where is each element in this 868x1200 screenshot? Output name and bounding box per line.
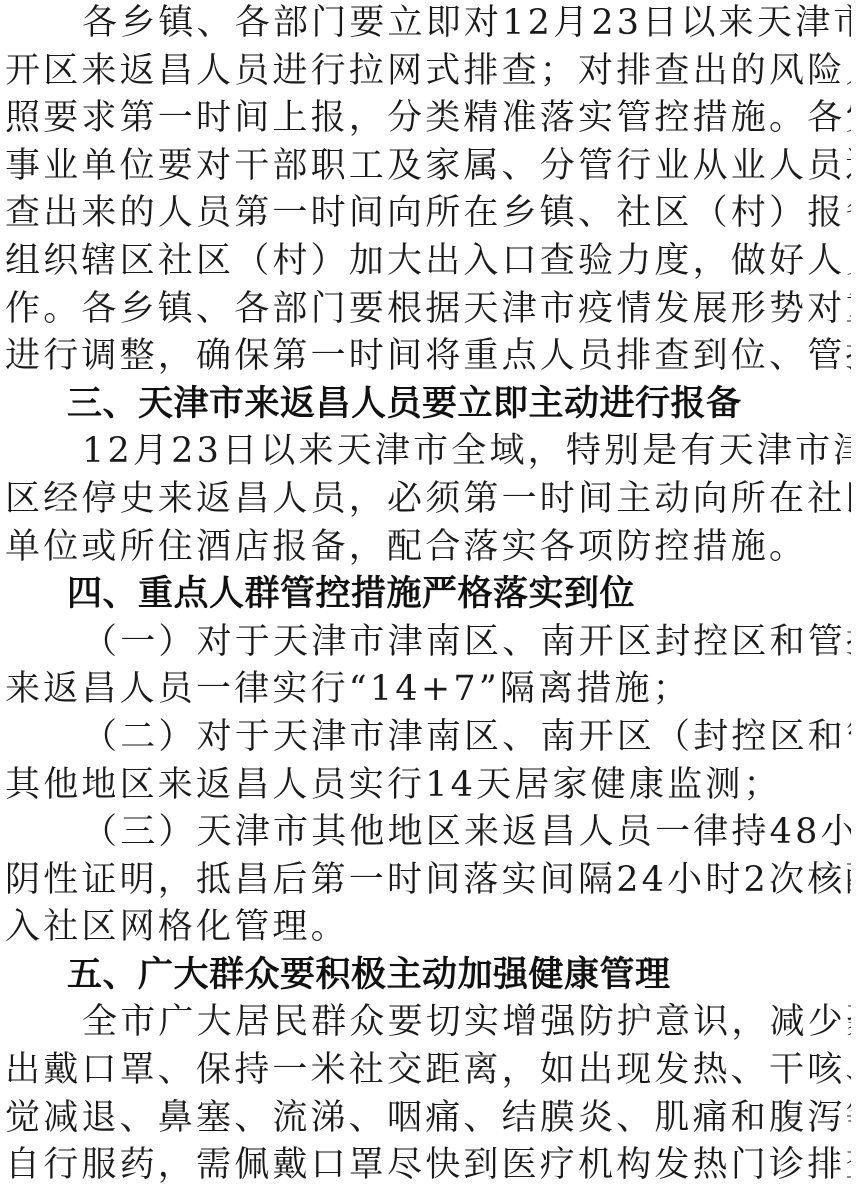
paragraph-line: 出戴口罩、保持一米社交距离，如出现发热、干咳、乏力、嗅(味): [5, 1047, 851, 1095]
paragraph-line: 查出来的人员第一时间向所在乡镇、社区（村）报备。各乡镇要: [5, 190, 851, 238]
paragraph-line: 事业单位要对干部职工及家属、分管行业从业人员进行排查，排: [5, 143, 851, 191]
paragraph-line: 照要求第一时间上报，分类精准落实管控措施。各党政机关、企: [5, 95, 851, 143]
paragraph-line: 各乡镇、各部门要立即对12月23日以来天津市津南区、南: [5, 0, 851, 48]
paragraph-line: 开区来返昌人员进行拉网式排查；对排查出的风险人员，迅速按: [5, 48, 851, 96]
paragraph-line: 12月23日以来天津市全域，特别是有天津市津南区、南开: [5, 428, 851, 476]
paragraph-line: 阴性证明，抵昌后第一时间落实间隔24小时2次核酸检测，纳: [5, 857, 851, 905]
paragraph-line: 全市广大居民群众要切实增强防护意识，减少聚集，坚持外: [5, 999, 851, 1047]
paragraph-line: 觉减退、鼻塞、流涕、咽痛、结膜炎、肌痛和腹泻等症状，请勿: [5, 1095, 851, 1143]
document-page: 各乡镇、各部门要立即对12月23日以来天津市津南区、南 开区来返昌人员进行拉网式…: [5, 0, 851, 1190]
paragraph-line: 入社区网格化管理。: [5, 904, 851, 952]
paragraph-line: （二）对于天津市津南区、南开区（封控区和管控区除外）: [5, 714, 851, 762]
paragraph-line: 作。各乡镇、各部门要根据天津市疫情发展形势对重点排查范围: [5, 286, 851, 334]
section-heading-5: 五、广大群众要积极主动加强健康管理: [5, 952, 851, 1000]
paragraph-line: 来返昌人员一律实行“14+7”隔离措施；: [5, 666, 851, 714]
paragraph-line: 组织辖区社区（村）加大出入口查验力度，做好人员登记上报工: [5, 238, 851, 286]
paragraph-line: （三）天津市其他地区来返昌人员一律持48小时核酸检测: [5, 809, 851, 857]
paragraph-line: （一）对于天津市津南区、南开区封控区和管控区所在镇街: [5, 619, 851, 667]
paragraph-line: 自行服药，需佩戴口罩尽快到医疗机构发热门诊排查就诊，就诊: [5, 1142, 851, 1190]
section-heading-3: 三、天津市来返昌人员要立即主动进行报备: [5, 381, 851, 429]
section-heading-4: 四、重点人群管控措施严格落实到位: [5, 571, 851, 619]
paragraph-line: 进行调整，确保第一时间将重点人员排查到位、管控到位。: [5, 333, 851, 381]
paragraph-line: 区经停史来返昌人员，必须第一时间主动向所在社区(村)、工作: [5, 476, 851, 524]
paragraph-line: 其他地区来返昌人员实行14天居家健康监测；: [5, 762, 851, 810]
paragraph-line: 单位或所住酒店报备，配合落实各项防控措施。: [5, 524, 851, 572]
